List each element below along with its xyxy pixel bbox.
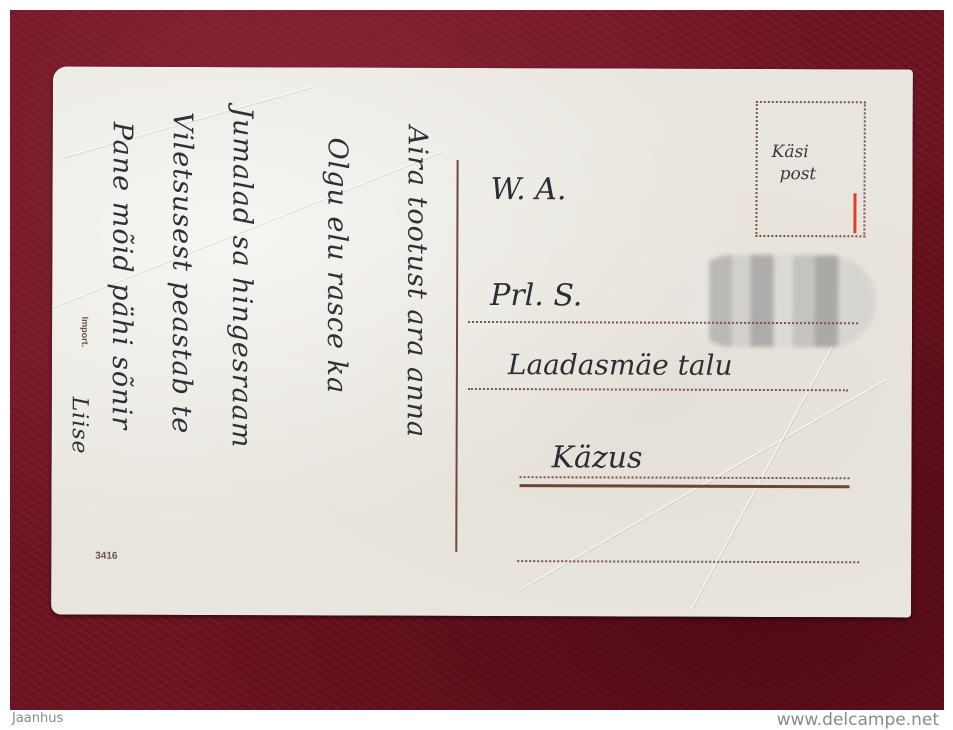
stamp-text-1: Käsi [772,141,809,163]
address-rule-underline [519,484,849,488]
address-line-2: Prl. S. [490,278,582,313]
watermark-left: Jaanhus [12,711,63,726]
address-rule-3 [520,476,850,479]
center-divider [455,160,458,552]
address-rule-4 [517,560,859,563]
redacted-name [686,255,876,348]
message-column-1: Aira tootust ara anna [401,126,433,438]
message-column-5: Pane mõid pähi sõnir [106,122,138,431]
stamp-remnant [853,193,862,233]
address-line-3: Laadasmäe talu [508,348,733,382]
message-column-3: Jumalad sa hingesraam [226,107,258,448]
address-line-1: W. A. [490,172,566,207]
address-rule-1 [468,321,858,324]
publisher-mark: Import. [80,317,90,348]
watermark-right: www.delcampe.net [777,710,939,730]
message-column-2: Olgu elu rasce ka [321,137,353,394]
stamp-box: Käsi post [755,101,865,237]
address-rule-2 [468,388,848,391]
stamp-text-2: post [780,163,817,185]
address-line-4: Käzus [552,440,643,475]
signature: Liise [67,397,92,455]
postcard: Aira tootust ara anna Olgu elu rasce ka … [51,67,913,618]
card-number: 3416 [95,551,117,562]
message-column-4: Viletsusest peastab te [166,112,198,434]
